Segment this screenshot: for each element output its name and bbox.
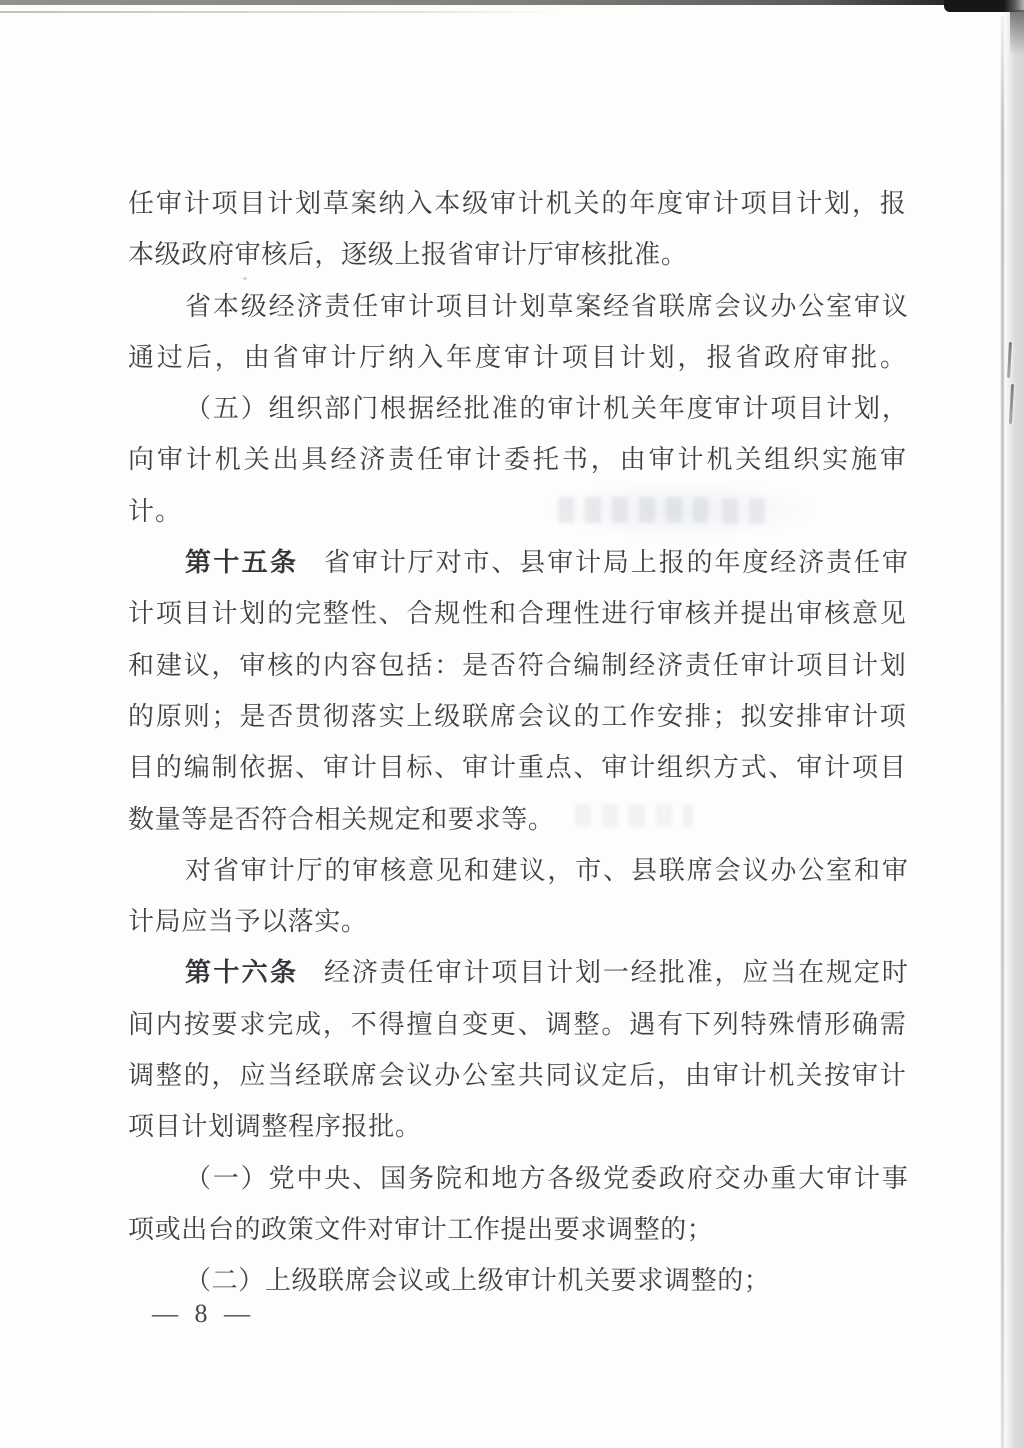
text-line: 对省审计厅的审核意见和建议，市、县联席会议办公室和审 xyxy=(185,857,908,884)
text-line: 调整的，应当经联席会议办公室共同议定后，由审计机关按审计 xyxy=(128,1062,906,1089)
text-line: 数量等是否符合相关规定和要求等。 xyxy=(128,806,554,833)
text-line: 本级政府审核后，逐级上报省审计厅审核批准。 xyxy=(128,241,687,268)
article-number: 第十五条 xyxy=(185,549,296,576)
page-right-edge-line xyxy=(1001,16,1004,1448)
text-line: （一）党中央、国务院和地方各级党委政府交办重大审计事 xyxy=(185,1165,908,1192)
text-line: 省本级经济责任审计项目计划草案经省联席会议办公室审议 xyxy=(185,293,908,320)
article-text: 省审计厅对市、县审计局上报的年度经济责任审 xyxy=(324,549,908,576)
page-right-edge-shadow xyxy=(1004,0,1024,1448)
text-line: 第十六条经济责任审计项目计划一经批准，应当在规定时 xyxy=(185,959,908,986)
text-line: （二）上级联席会议或上级审计机关要求调整的； xyxy=(185,1267,770,1294)
article-number: 第十六条 xyxy=(185,959,296,986)
text-line: 计。 xyxy=(128,498,181,525)
text-line: 计局应当予以落实。 xyxy=(128,908,367,935)
text-line: 计项目计划的完整性、合规性和合理性进行审核并提出审核意见 xyxy=(128,600,906,627)
text-line: 间内按要求完成，不得擅自变更、调整。遇有下列特殊情形确需 xyxy=(128,1011,906,1038)
text-line: 目的编制依据、审计目标、审计重点、审计组织方式、审计项目 xyxy=(128,754,906,781)
article-text: 经济责任审计项目计划一经批准，应当在规定时 xyxy=(324,959,908,986)
text-line: 任审计项目计划草案纳入本级审计机关的年度审计项目计划，报 xyxy=(128,190,906,217)
text-line: 项目计划调整程序报批。 xyxy=(128,1113,421,1140)
text-line: 的原则；是否贯彻落实上级联席会议的工作安排；拟安排审计项 xyxy=(128,703,906,730)
document-body: 任审计项目计划草案纳入本级审计机关的年度审计项目计划，报本级政府审核后，逐级上报… xyxy=(128,190,918,1319)
text-line: 通过后，由省审计厅纳入年度审计项目计划，报省政府审批。 xyxy=(128,344,906,371)
scan-top-edge xyxy=(0,0,1024,5)
text-line: 向审计机关出具经济责任审计委托书，由审计机关组织实施审 xyxy=(128,446,906,473)
scan-hairline xyxy=(0,11,556,13)
page-right-top-shade xyxy=(1010,10,1024,56)
text-line: （五）组织部门根据经批准的审计机关年度审计项目计划， xyxy=(185,395,908,422)
text-line: 项或出台的政策文件对审计工作提出要求调整的； xyxy=(128,1216,713,1243)
text-line: 和建议，审核的内容包括：是否符合编制经济责任审计项目计划 xyxy=(128,652,906,679)
page-number: — 8 — xyxy=(152,1299,255,1329)
text-line: 第十五条省审计厅对市、县审计局上报的年度经济责任审 xyxy=(185,549,908,576)
